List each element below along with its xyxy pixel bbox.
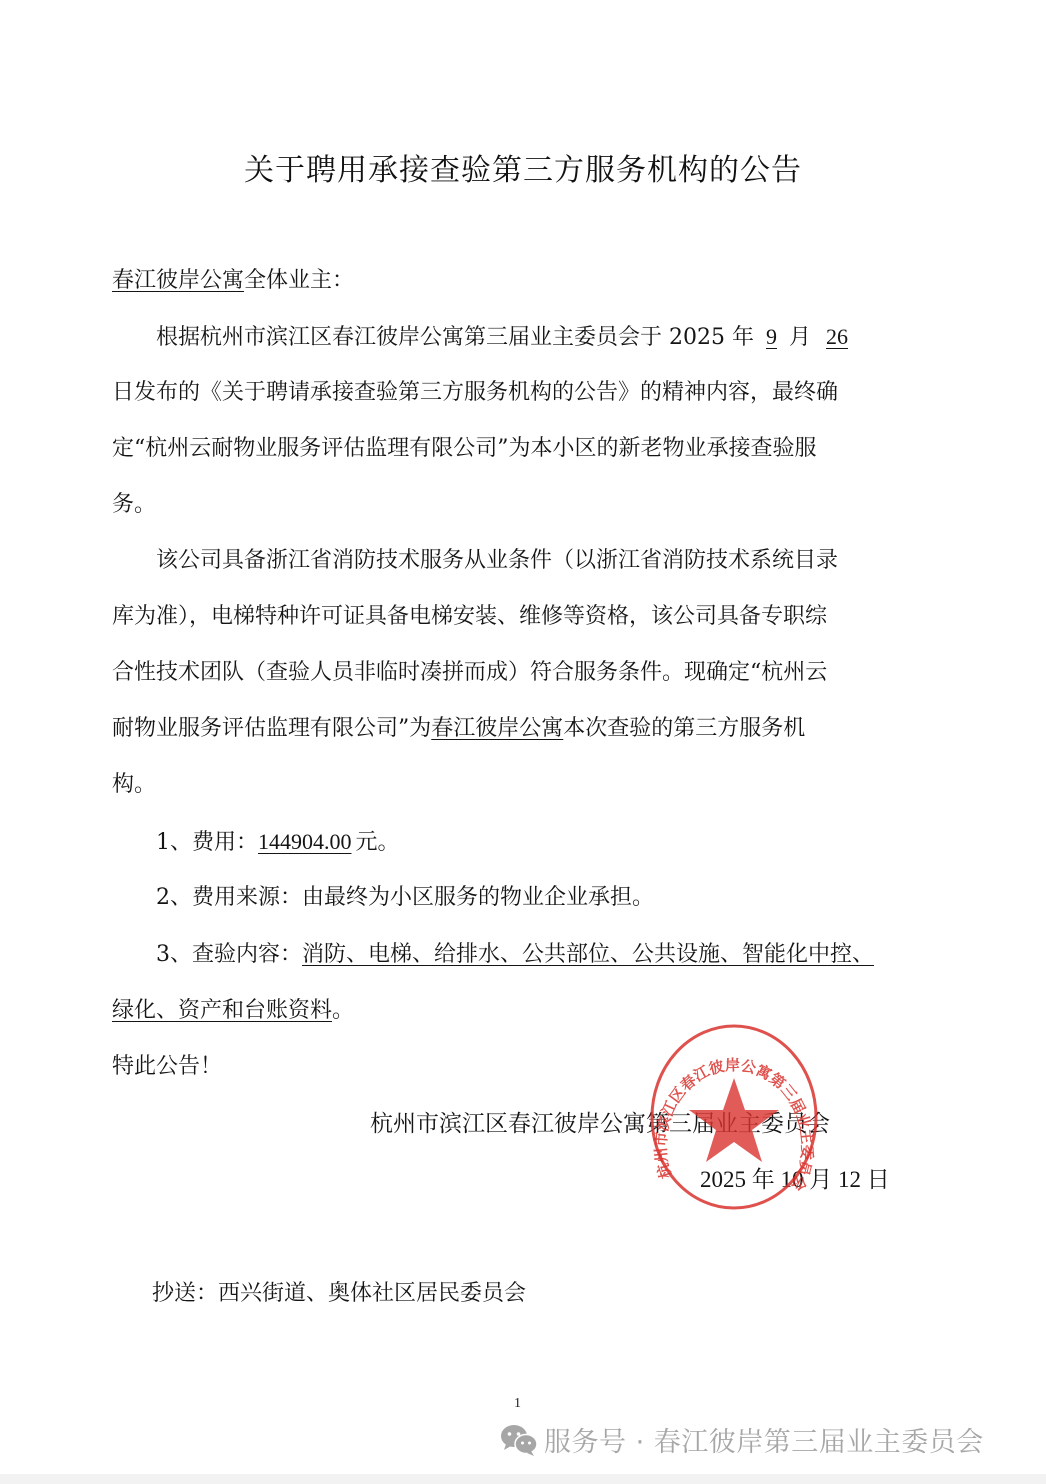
paragraph-2-line-1: 该公司具备浙江省消防技术服务从业条件（以浙江省消防技术系统目录 [156, 545, 838, 577]
paragraph-1-line-1: 根据杭州市滨江区春江彼岸公寓第三届业主委员会于 2025 年9月 26 [156, 321, 924, 354]
item-fee-source: 2、费用来源：由最终为小区服务的物业企业承担。 [156, 882, 654, 914]
bottom-strip [0, 1474, 1046, 1484]
document-page: 关于聘用承接查验第三方服务机构的公告 春江彼岸公寓全体业主： 根据杭州市滨江区春… [0, 0, 1046, 1474]
watermark-text: 服务号 · 春江彼岸第三届业主委员会 [544, 1420, 984, 1459]
wechat-icon [500, 1423, 538, 1457]
community-name: 春江彼岸公寓 [431, 716, 563, 741]
paragraph-2-line-2: 库为准），电梯特种许可证具备电梯安装、维修等资格，该公司具备专职综 [112, 601, 827, 633]
item-inspection-scope-cont: 绿化、资产和台账资料。 [112, 995, 354, 1027]
fee-amount: 144904.00 [258, 829, 356, 854]
paragraph-1-line-2: 日发布的《关于聘请承接查验第三方服务机构的公告》的精神内容，最终确 [112, 377, 924, 409]
signature-date: 2025 年 10 月 12 日 [700, 1164, 890, 1196]
item-fee: 1、费用：144904.00元。 [156, 826, 400, 859]
signature-organization: 杭州市滨江区春江彼岸公寓第三届业主委员会 [370, 1108, 830, 1140]
inspection-scope-list: 消防、电梯、给排水、公共部位、公共设施、智能化中控、 [302, 942, 874, 967]
item-inspection-scope: 3、查验内容：消防、电梯、给排水、公共部位、公共设施、智能化中控、 [156, 939, 874, 971]
wechat-watermark: 服务号 · 春江彼岸第三届业主委员会 [500, 1420, 984, 1459]
paragraph-2-line-3: 合性技术团队（查验人员非临时凑拼而成）符合服务条件。现确定“杭州云 [112, 657, 827, 689]
salutation-suffix: 全体业主： [244, 268, 354, 293]
paragraph-1-line-3: 定“杭州云耐物业服务评估监理有限公司”为本小区的新老物业承接查验服 [112, 433, 924, 465]
closing-text: 特此公告！ [112, 1051, 222, 1083]
paragraph-1-line-4: 务。 [112, 489, 156, 521]
document-title: 关于聘用承接查验第三方服务机构的公告 [0, 145, 1046, 189]
paragraph-2-line-4: 耐物业服务评估监理有限公司”为春江彼岸公寓本次查验的第三方服务机 [112, 713, 805, 745]
publish-day: 26 [826, 324, 848, 349]
addressee: 春江彼岸公寓 [112, 268, 244, 293]
cc-recipients: 抄送：西兴街道、奥体社区居民委员会 [152, 1278, 526, 1310]
paragraph-2-line-5: 构。 [112, 769, 156, 801]
publish-month: 9 [754, 324, 789, 349]
salutation: 春江彼岸公寓全体业主： [112, 265, 354, 297]
page-number: 1 [514, 1396, 521, 1412]
